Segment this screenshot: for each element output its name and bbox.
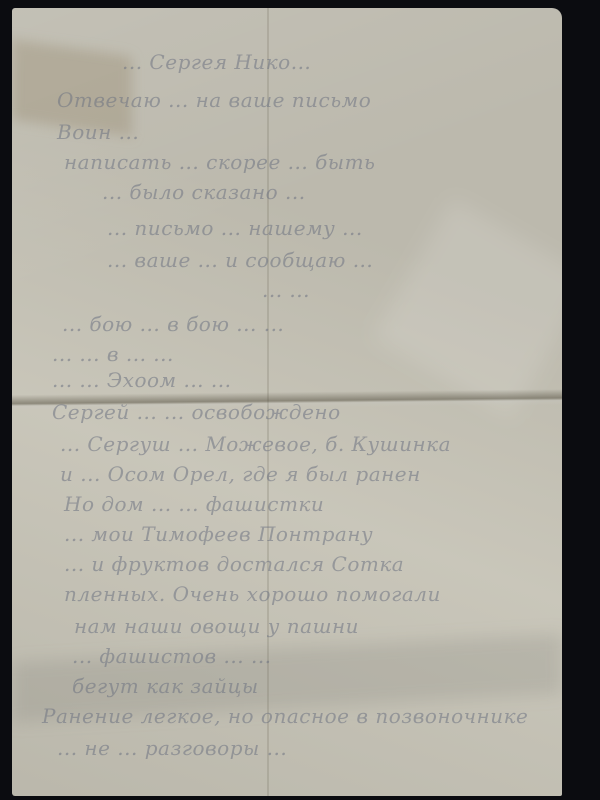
text-line: ... не ... разговоры ...: [57, 736, 287, 760]
text-line: Воин ...: [57, 120, 139, 144]
text-line: Отвечаю ... на ваше письмо: [57, 88, 371, 112]
text-line: Но дом ... ... фашистки: [64, 492, 324, 516]
text-line: ... Сергея Нико...: [122, 50, 311, 74]
text-line: Ранение легкое, но опасное в позвоночник…: [42, 704, 528, 728]
text-line: ... фашистов ... ...: [72, 644, 272, 668]
text-line: ... ... Эхоом ... ...: [52, 368, 231, 392]
text-line: ... и фруктов достался Сотка: [64, 552, 404, 576]
text-line: и ... Осом Орел, где я был ранен: [60, 462, 421, 486]
text-line: ... письмо ... нашему ...: [107, 216, 363, 240]
text-line: ... Сергуш ... Можевое, б. Кушинка: [60, 432, 451, 456]
text-line: ... ваше ... и сообщаю ...: [107, 248, 373, 272]
paper-sheet: ... Сергея Нико... Отвечаю ... на ваше п…: [12, 8, 562, 796]
text-line: Сергей ... ... освобождено: [52, 400, 341, 424]
handwritten-text: ... Сергея Нико... Отвечаю ... на ваше п…: [12, 8, 562, 796]
letter-photo: ... Сергея Нико... Отвечаю ... на ваше п…: [0, 0, 600, 800]
text-line: бегут как зайцы: [72, 674, 259, 698]
text-line: нам наши овощи у пашни: [74, 614, 359, 638]
text-line: ... ...: [262, 278, 310, 302]
text-line: ... ... в ... ...: [52, 342, 174, 366]
text-line: ... мои Тимофеев Понтрану: [64, 522, 373, 546]
text-line: ... бою ... в бою ... ...: [62, 312, 284, 336]
text-line: пленных. Очень хорошо помогали: [64, 582, 441, 606]
text-line: ... было сказано ...: [102, 180, 306, 204]
text-line: написать ... скорее ... быть: [64, 150, 375, 174]
